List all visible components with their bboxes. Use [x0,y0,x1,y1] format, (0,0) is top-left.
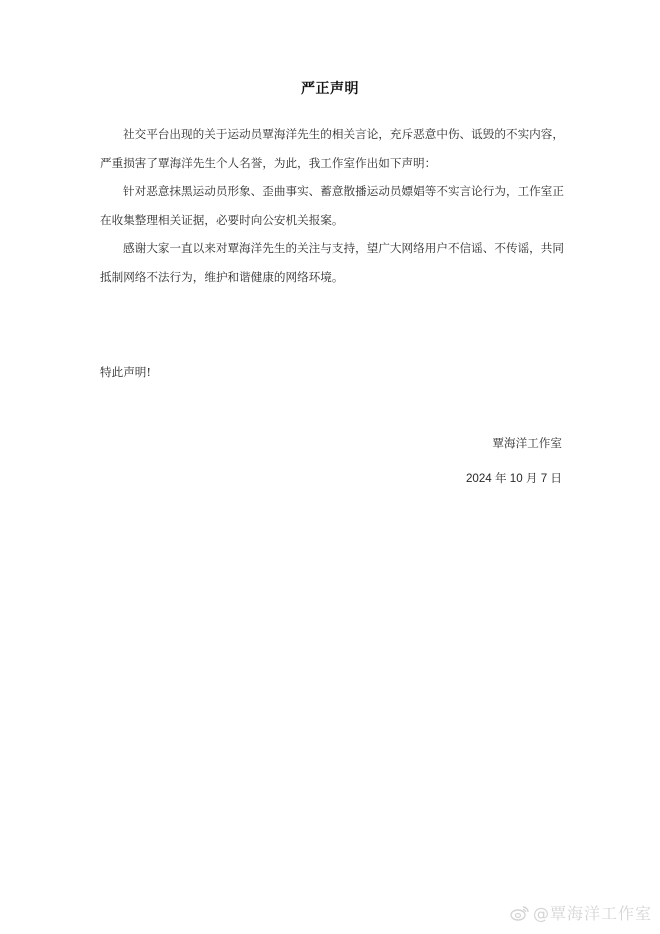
paragraph-3: 感谢大家一直以来对覃海洋先生的关注与支持，望广大网络用户不信谣、不传谣，共同抵制… [100,234,564,291]
watermark-text: @覃海洋工作室 [533,901,652,924]
document-date: 2024 年 10 月 7 日 [466,470,562,486]
document-title: 严正声明 [0,78,660,98]
document-body: 社交平台出现的关于运动员覃海洋先生的相关言论，充斥恶意中伤、诋毁的不实内容，严重… [100,120,564,291]
statement-document: 严正声明 社交平台出现的关于运动员覃海洋先生的相关言论，充斥恶意中伤、诋毁的不实… [0,0,660,934]
paragraph-1: 社交平台出现的关于运动员覃海洋先生的相关言论，充斥恶意中伤、诋毁的不实内容，严重… [100,120,564,177]
signature: 覃海洋工作室 [492,435,562,451]
weibo-icon [510,905,530,921]
weibo-watermark: @覃海洋工作室 [510,901,652,924]
paragraph-2: 针对恶意抹黑运动员形象、歪曲事实、蓄意散播运动员嫖娼等不实言论行为，工作室正在收… [100,177,564,234]
closing-statement: 特此声明! [100,364,151,380]
